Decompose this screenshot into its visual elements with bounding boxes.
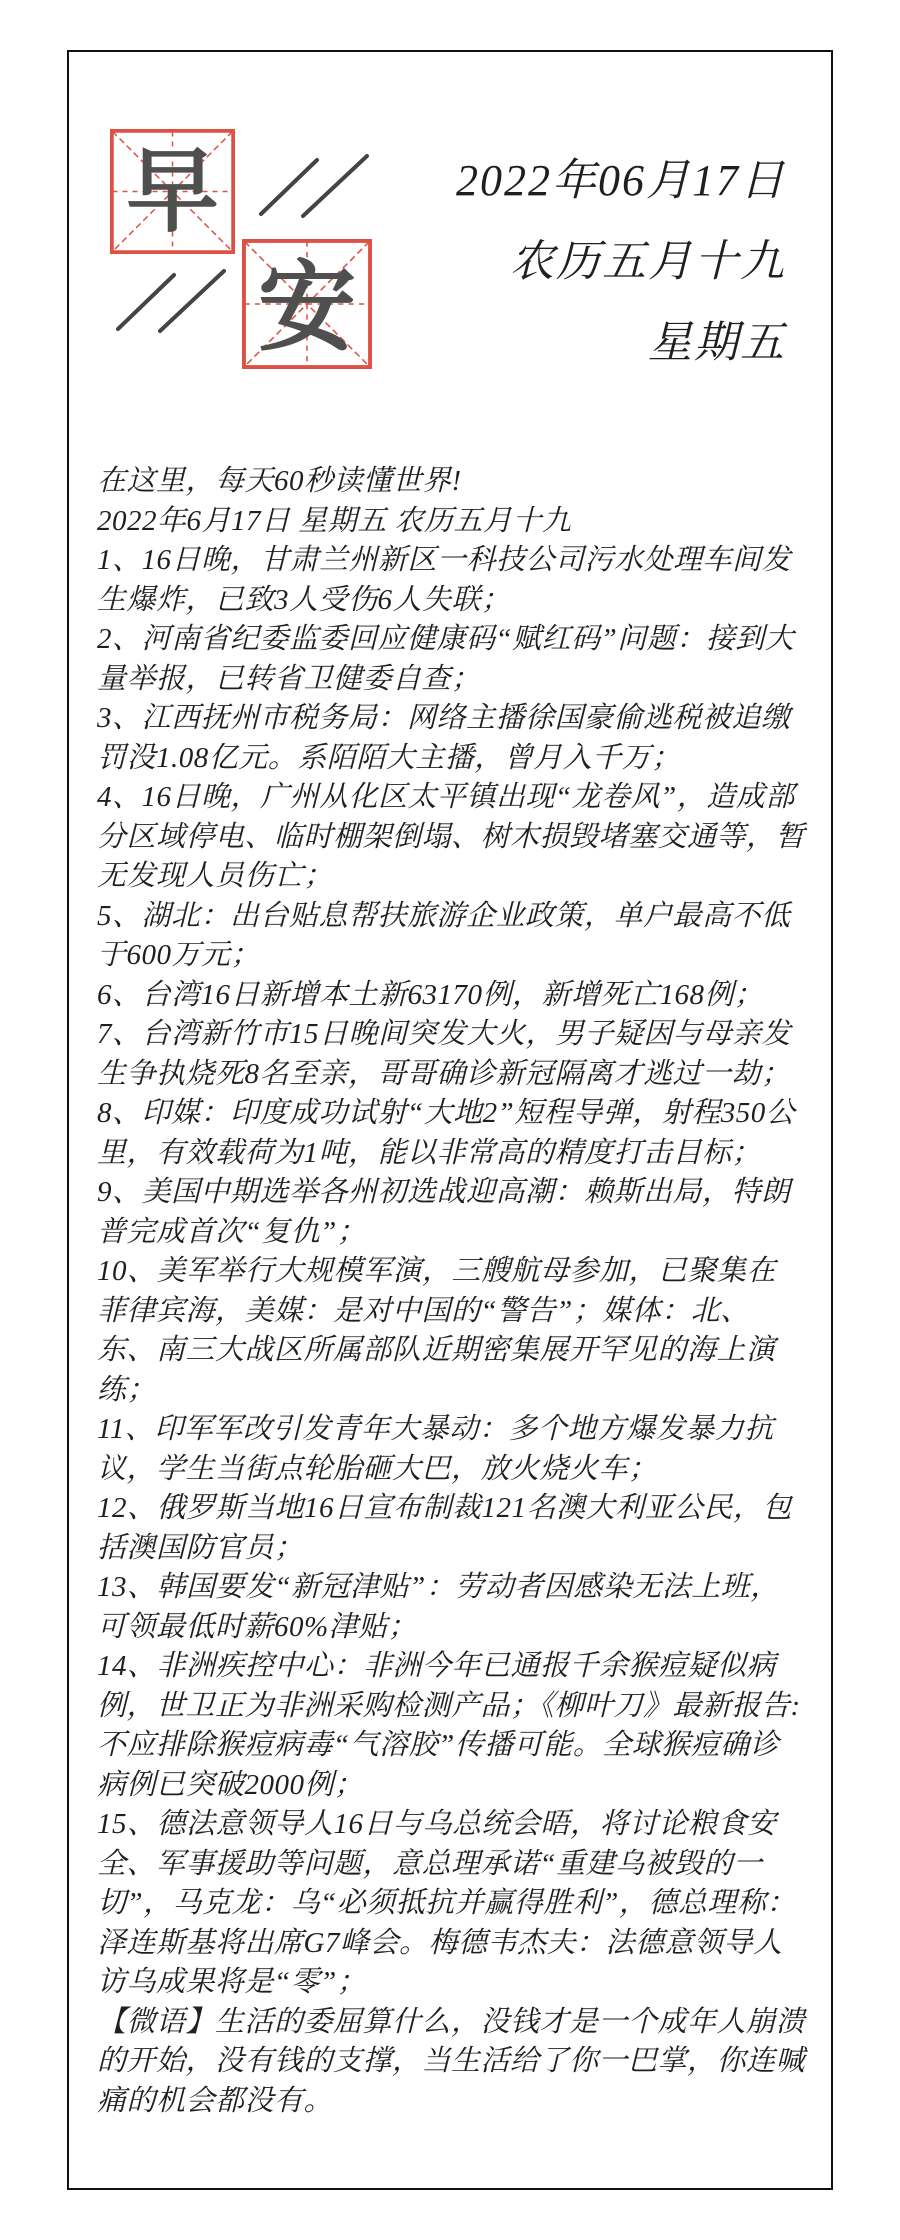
double-slash-icon — [255, 150, 373, 222]
weiyu-note: 【微语】生活的委屈算什么，没钱才是一个成年人崩溃的开始，没有钱的支撑，当生活给了… — [97, 2003, 805, 2122]
news-item-14: 14、非洲疾控中心：非洲今年已通报千余猴痘疑似病例，世卫正为非洲采购检测产品；《… — [97, 1647, 805, 1805]
calligraphy-box-an: 安 — [242, 239, 372, 369]
news-item-15: 15、德法意领导人16日与乌总统会晤，将讨论粮食安全、军事援助等问题，意总理承诺… — [97, 1805, 805, 2003]
brand-char-an: 安 — [242, 239, 372, 369]
news-item-8: 8、印媒：印度成功试射“大地2”短程导弹，射程350公里，有效载荷为1吨，能以非… — [97, 1094, 805, 1173]
news-item-2: 2、河南省纪委监委回应健康码“赋红码”问题：接到大量举报，已转省卫健委自查； — [97, 620, 805, 699]
calligraphy-box-zao: 早 — [110, 129, 235, 254]
news-item-6: 6、台湾16日新增本土新63170例，新增死亡168例； — [97, 976, 805, 1016]
news-item-1: 1、16日晚，甘肃兰州新区一科技公司污水处理车间发生爆炸，已致3人受伤6人失联； — [97, 541, 805, 620]
double-slash-icon — [112, 265, 230, 337]
news-item-9: 9、美国中期选举各州初选战迎高潮：赖斯出局，特朗普完成首次“复仇”； — [97, 1173, 805, 1252]
date-line-gregorian: 2022年06月17日 — [456, 140, 786, 221]
news-item-12: 12、俄罗斯当地16日宣布制裁121名澳大利亚公民，包括澳国防官员； — [97, 1489, 805, 1568]
dateline: 2022年6月17日 星期五 农历五月十九 — [97, 502, 805, 542]
news-item-10: 10、美军举行大规模军演，三艘航母参加，已聚集在菲律宾海，美媒：是对中国的“警告… — [97, 1252, 805, 1410]
date-line-weekday: 星期五 — [456, 302, 786, 383]
date-line-lunar: 农历五月十九 — [456, 221, 786, 302]
brand-char-zao: 早 — [110, 129, 235, 254]
date-block: 2022年06月17日 农历五月十九 星期五 — [456, 140, 786, 383]
tagline: 在这里，每天60秒读懂世界! — [97, 462, 805, 502]
news-item-7: 7、台湾新竹市15日晚间突发大火，男子疑因与母亲发生争执烧死8名至亲，哥哥确诊新… — [97, 1015, 805, 1094]
content-frame: 早 安 202 — [67, 50, 833, 2190]
news-item-4: 4、16日晚，广州从化区太平镇出现“龙卷风”，造成部分区域停电、临时棚架倒塌、树… — [97, 778, 805, 897]
news-item-11: 11、印军军改引发青年大暴动：多个地方爆发暴力抗议，学生当街点轮胎砸大巴，放火烧… — [97, 1410, 805, 1489]
news-item-3: 3、江西抚州市税务局：网络主播徐国豪偷逃税被追缴罚没1.08亿元。系陌陌大主播，… — [97, 699, 805, 778]
morning-news-card: 早 安 202 — [0, 0, 900, 2240]
news-body: 在这里，每天60秒读懂世界! 2022年6月17日 星期五 农历五月十九 1、1… — [97, 462, 805, 2121]
news-item-13: 13、韩国要发“新冠津贴”：劳动者因感染无法上班，可领最低时薪60%津贴； — [97, 1568, 805, 1647]
news-item-5: 5、湖北：出台贴息帮扶旅游企业政策，单户最高不低于600万元； — [97, 897, 805, 976]
